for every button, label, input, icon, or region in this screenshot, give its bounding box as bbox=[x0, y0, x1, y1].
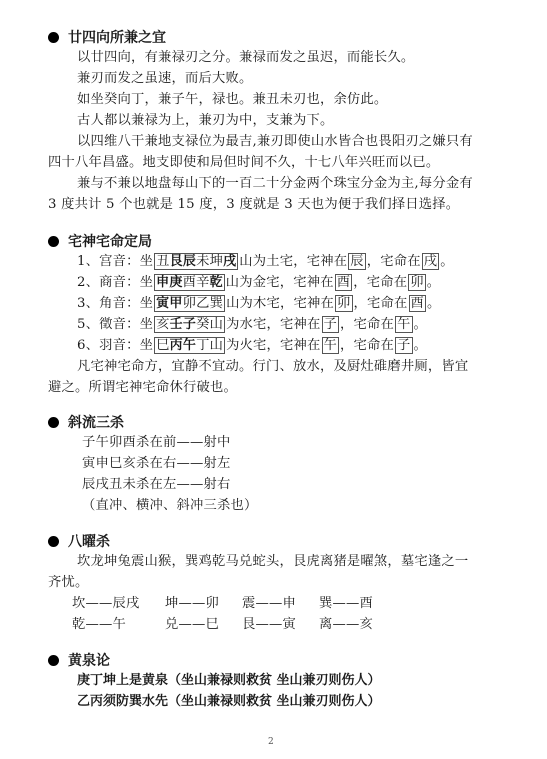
zhai-shen-box: 午 bbox=[322, 337, 340, 354]
house-item-1: 1、宫音：坐丑艮辰未坤戌山为土宅，宅神在辰，宅命在戌。 bbox=[77, 253, 454, 271]
pair-item: 巽——酉 bbox=[319, 595, 373, 613]
pair-item: 离——亥 bbox=[319, 616, 373, 634]
paragraph-line: 以廿四向，有兼禄刃之分。兼禄而发之虽迟，而能长久。 bbox=[77, 49, 414, 67]
item-text: ，宅命在 bbox=[340, 317, 394, 332]
mountain: 坤 bbox=[210, 254, 224, 269]
section-heading-3: 斜流三杀 bbox=[48, 414, 124, 432]
item-number: 3、角音： bbox=[77, 296, 140, 311]
paragraph-line: 齐忧。 bbox=[48, 574, 89, 592]
house-item-3: 3、角音：坐寅甲卯乙巽山为木宅，宅神在卯，宅命在酉。 bbox=[77, 295, 441, 313]
mountain-bold: 甲 bbox=[169, 296, 182, 311]
mountain: 卯 bbox=[183, 296, 197, 311]
mountain: 丁 bbox=[196, 338, 210, 353]
mountain-bold: 艮 bbox=[170, 254, 183, 269]
section-heading-1: 廿四向所兼之宜 bbox=[48, 29, 166, 47]
section-title: 斜流三杀 bbox=[68, 415, 124, 431]
bullet-icon bbox=[48, 536, 59, 547]
pairs-row-1: 坎——辰戌坤——卯震——申巽——酉 bbox=[72, 595, 373, 613]
bullet-icon bbox=[48, 655, 59, 666]
item-end: 。 bbox=[427, 275, 441, 290]
mountain: 山 bbox=[210, 338, 224, 353]
pair-item: 乾——午 bbox=[72, 616, 165, 634]
document-page: 廿四向所兼之宜 以廿四向，有兼禄刃之分。兼禄而发之虽迟，而能长久。 兼刃而发之虽… bbox=[0, 0, 547, 759]
zuo-label: 坐 bbox=[140, 317, 154, 332]
mountain-bold: 丙 bbox=[170, 338, 183, 353]
zhai-shen-box: 子 bbox=[322, 316, 340, 333]
item-text: ，宅命在 bbox=[353, 275, 407, 290]
paragraph-line: 以四维八干兼地支禄位为最吉,兼刃即使山水皆合也畏阳刃之嫌只有 bbox=[77, 133, 473, 151]
huangquan-line-1: 庚丁坤上是黄泉（坐山兼禄则救贫 坐山兼刃则伤人） bbox=[77, 672, 381, 690]
section-heading-2: 宅神宅命定局 bbox=[48, 233, 152, 251]
paragraph-line: （直冲、横冲、斜冲三杀也） bbox=[82, 497, 257, 515]
zhai-ming-box: 卯 bbox=[408, 274, 426, 291]
house-item-5: 5、徵音：坐亥壬子癸山为水宅，宅神在子，宅命在午。 bbox=[77, 316, 427, 334]
mountain: 酉 bbox=[183, 275, 197, 290]
mountain-bold: 子 bbox=[183, 317, 196, 332]
mountain: 巳 bbox=[156, 338, 170, 353]
item-end: 。 bbox=[414, 317, 428, 332]
paragraph-line: 子午卯酉杀在前——射中 bbox=[82, 434, 230, 452]
bullet-icon bbox=[48, 417, 59, 428]
zhai-shen-box: 酉 bbox=[335, 274, 353, 291]
paragraph-line: 寅申巳亥杀在右——射左 bbox=[82, 455, 230, 473]
huangquan-line-2: 乙丙须防巽水先（坐山兼禄则救贫 坐山兼刃则伤人） bbox=[77, 693, 381, 711]
mountain: 未 bbox=[196, 254, 210, 269]
item-text: 为水宅，宅神在 bbox=[226, 317, 320, 332]
pair-item: 坎——辰戌 bbox=[72, 595, 165, 613]
item-end: 。 bbox=[427, 296, 441, 311]
item-end: 。 bbox=[414, 338, 428, 353]
pairs-row-2: 乾——午兑——巳艮——寅离——亥 bbox=[72, 616, 373, 634]
pair-item: 艮——寅 bbox=[242, 616, 319, 634]
pair-item: 震——申 bbox=[242, 595, 319, 613]
item-text: ，宅命在 bbox=[340, 338, 394, 353]
section-title: 宅神宅命定局 bbox=[68, 234, 152, 250]
mountain-bold: 辰 bbox=[183, 254, 196, 269]
paragraph-line: 如坐癸向丁，兼子午，禄也。兼丑未刃也，余仿此。 bbox=[77, 91, 387, 109]
house-item-2: 2、商音：坐申庚酉辛乾山为金宅，宅神在酉，宅命在卯。 bbox=[77, 274, 440, 292]
item-text: ，宅命在 bbox=[354, 296, 408, 311]
section-title: 廿四向所兼之宜 bbox=[68, 30, 166, 46]
section-heading-4: 八曜杀 bbox=[48, 533, 110, 551]
section-heading-5: 黄泉论 bbox=[48, 652, 110, 670]
paragraph-line: 四十八年昌盛。地支即使和局但时间不久，十七八年兴旺而以已。 bbox=[48, 154, 439, 172]
mountain: 丑 bbox=[156, 254, 170, 269]
zuo-label: 坐 bbox=[140, 275, 154, 290]
mountain-bold: 戌 bbox=[223, 254, 236, 269]
zuo-label: 坐 bbox=[140, 338, 154, 353]
house-item-6: 6、羽音：坐巳丙午丁山为火宅，宅神在午，宅命在子。 bbox=[77, 337, 427, 355]
mountains-box: 巳丙午丁山 bbox=[154, 337, 225, 354]
section-title: 黄泉论 bbox=[68, 653, 110, 669]
mountains-box: 寅甲卯乙巽 bbox=[154, 295, 225, 312]
item-number: 5、徵音： bbox=[77, 317, 140, 332]
item-number: 6、羽音： bbox=[77, 338, 140, 353]
item-text: 山为金宅，宅神在 bbox=[226, 275, 334, 290]
item-end: 。 bbox=[440, 254, 454, 269]
mountains-box: 丑艮辰未坤戌 bbox=[154, 253, 238, 270]
paragraph-line: 辰戌丑未杀在左——射右 bbox=[82, 476, 230, 494]
section-title: 八曜杀 bbox=[68, 534, 110, 550]
mountain: 癸 bbox=[196, 317, 210, 332]
bullet-icon bbox=[48, 236, 59, 247]
mountain: 亥 bbox=[156, 317, 170, 332]
mountain-bold: 寅 bbox=[156, 296, 169, 311]
bullet-icon bbox=[48, 32, 59, 43]
pair-item: 兑——巳 bbox=[165, 616, 242, 634]
mountain-bold: 午 bbox=[183, 338, 196, 353]
page-number: 2 bbox=[268, 737, 274, 747]
mountain: 山 bbox=[210, 317, 224, 332]
zhai-ming-box: 午 bbox=[395, 316, 413, 333]
item-number: 2、商音： bbox=[77, 275, 140, 290]
paragraph-line: 凡宅神宅命方，宜静不宜动。行门、放水，及厨灶碓磨井厕，皆宜 bbox=[77, 358, 468, 376]
mountains-box: 申庚酉辛乾 bbox=[154, 274, 225, 291]
item-text: 山为木宅，宅神在 bbox=[226, 296, 334, 311]
paragraph-line: 坎龙坤兔震山猴，巽鸡乾马兑蛇头，艮虎离猪是曜煞，墓宅逢之一 bbox=[77, 553, 468, 571]
mountain: 辛 bbox=[196, 275, 210, 290]
zuo-label: 坐 bbox=[140, 254, 154, 269]
zhai-ming-box: 子 bbox=[395, 337, 413, 354]
paragraph-line: 3 度共计 5 个也就是 15 度，3 度就是 3 天也为便于我们择日选择。 bbox=[48, 196, 459, 214]
item-number: 1、宫音： bbox=[77, 254, 140, 269]
paragraph-line: 兼与不兼以地盘每山下的一百二十分金两个珠宝分金为主,每分金有 bbox=[77, 175, 473, 193]
zuo-label: 坐 bbox=[140, 296, 154, 311]
zhai-shen-box: 辰 bbox=[348, 253, 366, 270]
mountain-bold: 申 bbox=[156, 275, 169, 290]
zhai-ming-box: 戌 bbox=[422, 253, 440, 270]
mountain: 乙 bbox=[196, 296, 210, 311]
mountain-bold: 壬 bbox=[170, 317, 183, 332]
pair-item: 坤——卯 bbox=[165, 595, 242, 613]
mountain-bold: 庚 bbox=[169, 275, 182, 290]
mountain: 巽 bbox=[210, 296, 224, 311]
item-text: 为火宅，宅神在 bbox=[226, 338, 320, 353]
item-text: ，宅命在 bbox=[367, 254, 421, 269]
paragraph-line: 兼刃而发之虽速，而后大败。 bbox=[77, 70, 252, 88]
zhai-shen-box: 卯 bbox=[335, 295, 353, 312]
zhai-ming-box: 酉 bbox=[409, 295, 427, 312]
item-text: 山为土宅，宅神在 bbox=[239, 254, 347, 269]
mountains-box: 亥壬子癸山 bbox=[154, 316, 225, 333]
mountain-bold: 乾 bbox=[210, 275, 223, 290]
paragraph-line: 古人都以兼禄为上，兼刃为中，支兼为下。 bbox=[77, 112, 333, 130]
paragraph-line: 避之。所谓宅神宅命休行破也。 bbox=[48, 379, 237, 397]
